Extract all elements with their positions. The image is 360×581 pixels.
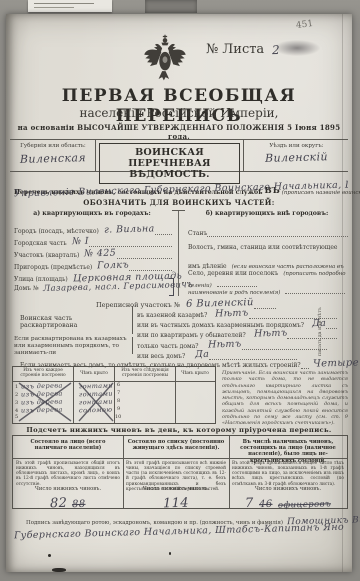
census-form-page: 451 № Листа 2 — [6, 14, 352, 572]
buildings-note: Примѣчаніе. Если воинская часть занимает… — [222, 370, 348, 426]
count-col1-note: Въ этой графѣ прописывается общій итогъ … — [16, 461, 120, 487]
count-col3-value: 7 — [245, 496, 254, 511]
buildings-table: Изъ чего каждое строеніе построено Чѣмъ … — [12, 366, 216, 424]
count-col1-struck: 88 — [72, 499, 86, 510]
buildings-col-material2: Изъ чего слѣдующія строенія построены — [115, 368, 175, 378]
scan-speck — [169, 552, 171, 555]
occupancy-label: Если расквартирована въ казармахъ или ка… — [14, 336, 128, 358]
scanned-census-sheet: 451 № Листа 2 — [0, 0, 360, 581]
mark-for-units-title: ОБОЗНАЧИТЬ ДЛЯ ВОИНСКИХЪ ЧАСТЕЙ: — [6, 198, 352, 207]
ink-smudge — [274, 40, 320, 56]
province-label: Губернія или область: — [12, 143, 94, 149]
scan-speck — [48, 554, 51, 557]
count-col3-note: Въ этой графѣ прописывается общее число … — [232, 461, 344, 487]
buildings-col-roof2: Чѣмъ крыто — [176, 371, 214, 376]
fold-line — [342, 14, 343, 572]
count-col1-header: Состояло на лицо (всего наличнаго населе… — [16, 439, 120, 451]
field-village-label: Село, деревня или поселокъ — [188, 270, 278, 277]
crossout-x-marks — [17, 381, 175, 423]
count-col2-value: 114 — [163, 496, 189, 512]
quartering-label: Воинская часть расквартирована — [20, 315, 128, 329]
field-house-label: Домъ № — [14, 285, 39, 292]
count-col1-value: 82 — [50, 496, 68, 511]
city-block-heading: а) квартирующихъ въ городахъ: — [12, 210, 172, 217]
count-table: Состояло на лицо (всего наличнаго населе… — [12, 435, 348, 509]
province-value: Виленская — [12, 151, 94, 166]
imperial-double-eagle-icon — [142, 34, 188, 84]
sheet-number-label: № Листа — [206, 42, 264, 57]
sheet-number-value: 2 — [272, 43, 280, 57]
rural-block-heading: б) квартирующихъ внѣ городовъ: — [186, 210, 348, 217]
buildings-col-roof: Чѣмъ крыто — [74, 371, 114, 376]
scan-fragment-label — [28, 0, 112, 12]
scan-fragment-gray — [145, 0, 197, 13]
pencil-page-number: 451 — [295, 19, 313, 31]
count-title: Подсчетъ нижнихъ чиновъ въ день, къ кото… — [6, 426, 352, 434]
census-subtitle: населенія Россійской Имперіи, — [6, 106, 352, 120]
district-value: Виленскій — [245, 150, 348, 166]
district-label: Уѣздъ или округъ: — [245, 143, 348, 149]
count-col3-struck-word: офицеровъ — [278, 499, 331, 510]
closing-bracket-mark — [169, 278, 174, 296]
scan-speck — [52, 568, 66, 572]
buildings-col-material: Изъ чего каждое строеніе построено — [13, 368, 73, 378]
yes-no-side-note: писать да или нѣтъ — [318, 300, 323, 356]
count-col3-struck: 46 — [259, 499, 273, 510]
buildings-answer: Четыре — [312, 357, 358, 369]
count-col2-header: Состояло по списку (постоянно живущаго з… — [126, 439, 226, 451]
